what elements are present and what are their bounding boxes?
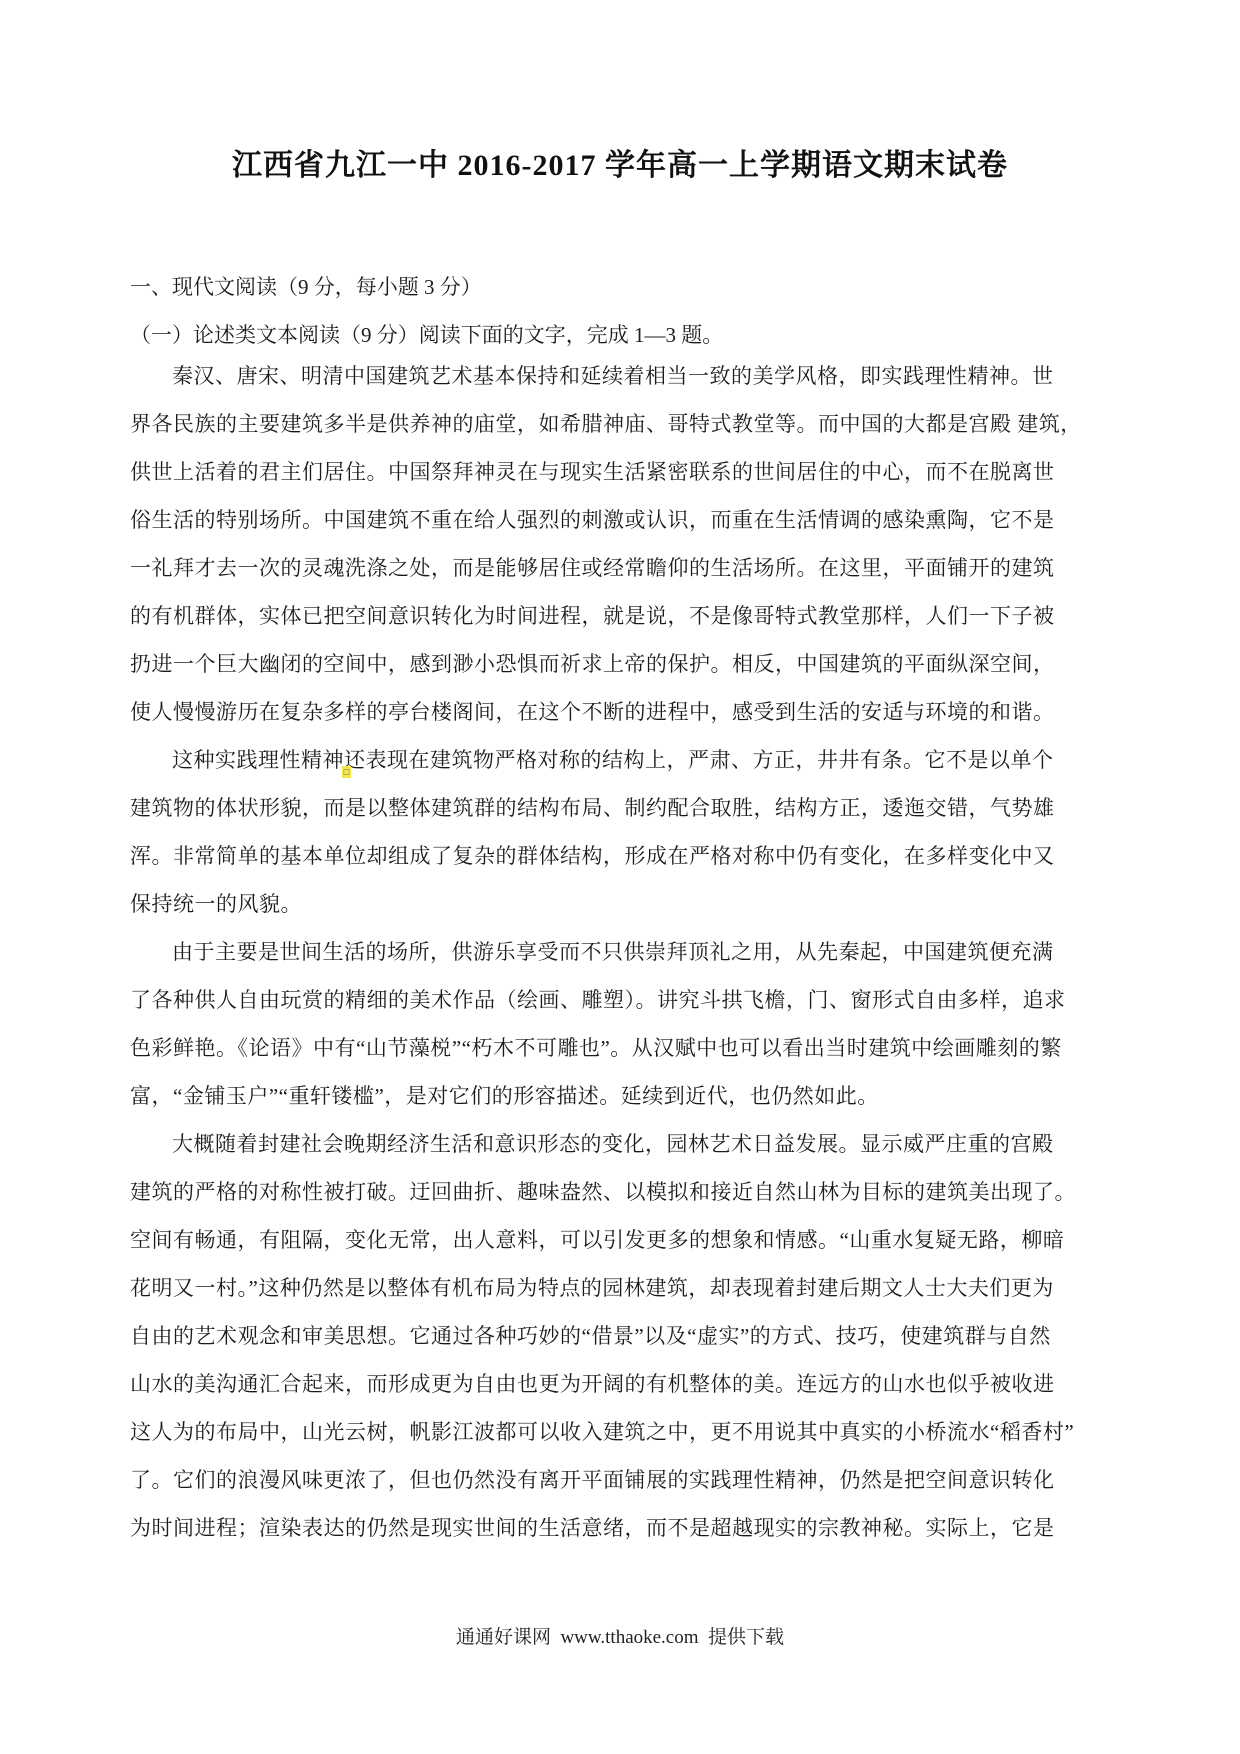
body-line: 界各民族的主要建筑多半是供养神的庙堂，如希腊神庙、哥特式教堂等。而中国的大都是宫… (130, 400, 1120, 448)
body-line: 富，“金铺玉户”“重轩镂槛”，是对它们的形容描述。延续到近代，也仍然如此。 (130, 1072, 1120, 1120)
page-title: 江西省九江一中 2016-2017 学年高一上学期语文期末试卷 (0, 140, 1240, 184)
body-line: 俗生活的特别场所。中国建筑不重在给人强烈的刺激或认识，而重在生活情调的感染熏陶，… (130, 496, 1120, 544)
body-line: 一礼拜才去一次的灵魂洗涤之处，而是能够居住或经常瞻仰的生活场所。在这里，平面铺开… (130, 544, 1120, 592)
body-line: 保持统一的风貌。 (130, 880, 1120, 928)
subsection-heading: （一）论述类文本阅读（9 分）阅读下面的文字，完成 1—3 题。 (130, 319, 723, 349)
body-line: 空间有畅通，有阻隔，变化无常，出人意料，可以引发更多的想象和情感。“山重水复疑无… (130, 1216, 1120, 1264)
body-line: 建筑的严格的对称性被打破。迂回曲折、趣味盎然、以模拟和接近自然山林为目标的建筑美… (130, 1168, 1120, 1216)
body-line: 这种实践理性精神还表现在建筑物严格对称的结构上，严肃、方正，井井有条。它不是以单… (130, 736, 1120, 784)
body-line: 大概随着封建社会晚期经济生活和意识形态的变化，园林艺术日益发展。显示威严庄重的宫… (130, 1120, 1120, 1168)
paragraph: 秦汉、唐宋、明清中国建筑艺术基本保持和延续着相当一致的美学风格，即实践理性精神。… (130, 352, 1120, 736)
body-line: 秦汉、唐宋、明清中国建筑艺术基本保持和延续着相当一致的美学风格，即实践理性精神。… (130, 352, 1120, 400)
body-line: 花明又一村。”这种仍然是以整体有机布局为特点的园林建筑，却表现着封建后期文人士大… (130, 1264, 1120, 1312)
body-line: 扔进一个巨大幽闭的空间中，感到渺小恐惧而祈求上帝的保护。相反，中国建筑的平面纵深… (130, 640, 1120, 688)
body-line: 使人慢慢游历在复杂多样的亭台楼阁间，在这个不断的进程中，感受到生活的安适与环境的… (130, 688, 1120, 736)
section-heading: 一、现代文阅读（9 分，每小题 3 分） (130, 271, 482, 301)
body-line: 浑。非常简单的基本单位却组成了复杂的群体结构，形成在严格对称中仍有变化，在多样变… (130, 832, 1120, 880)
body-line: 山水的美沟通汇合起来，而形成更为自由也更为开阔的有机整体的美。连远方的山水也似乎… (130, 1360, 1120, 1408)
body-line: 由于主要是世间生活的场所，供游乐享受而不只供崇拜顶礼之用，从先秦起，中国建筑便充… (130, 928, 1120, 976)
annotation-mark: □ (342, 766, 351, 778)
paragraph: 大概随着封建社会晚期经济生活和意识形态的变化，园林艺术日益发展。显示威严庄重的宫… (130, 1120, 1120, 1552)
body-line: 供世上活着的君主们居住。中国祭拜神灵在与现实生活紧密联系的世间居住的中心，而不在… (130, 448, 1120, 496)
paragraph: 由于主要是世间生活的场所，供游乐享受而不只供崇拜顶礼之用，从先秦起，中国建筑便充… (130, 928, 1120, 1120)
body-line: 了。它们的浪漫风味更浓了，但也仍然没有离开平面铺展的实践理性精神，仍然是把空间意… (130, 1456, 1120, 1504)
body-line: 为时间进程；渲染表达的仍然是现实世间的生活意绪，而不是超越现实的宗教神秘。实际上… (130, 1504, 1120, 1552)
body-line: 色彩鲜艳。《论语》中有“山节藻棁”“朽木不可雕也”。从汉赋中也可以看出当时建筑中… (130, 1024, 1120, 1072)
body-line: 这人为的布局中，山光云树，帆影江波都可以收入建筑之中，更不用说其中真实的小桥流水… (130, 1408, 1120, 1456)
body-line: 建筑物的体状形貌，而是以整体建筑群的结构布局、制约配合取胜，结构方正，逶迤交错，… (130, 784, 1120, 832)
paragraph: 这种实践理性精神还表现在建筑物严格对称的结构上，严肃、方正，井井有条。它不是以单… (130, 736, 1120, 928)
body-line: 的有机群体，实体已把空间意识转化为时间进程，就是说，不是像哥特式教堂那样，人们一… (130, 592, 1120, 640)
body-line: 了各种供人自由玩赏的精细的美术作品（绘画、雕塑）。讲究斗拱飞檐，门、窗形式自由多… (130, 976, 1120, 1024)
page-footer: 通通好课网 www.tthaoke.com 提供下载 (0, 1622, 1240, 1649)
document-page: { "doc": { "title": "江西省九江一中 2016-2017 学… (0, 0, 1240, 1754)
body-line: 自由的艺术观念和审美思想。它通过各种巧妙的“借景”以及“虚实”的方式、技巧，使建… (130, 1312, 1120, 1360)
